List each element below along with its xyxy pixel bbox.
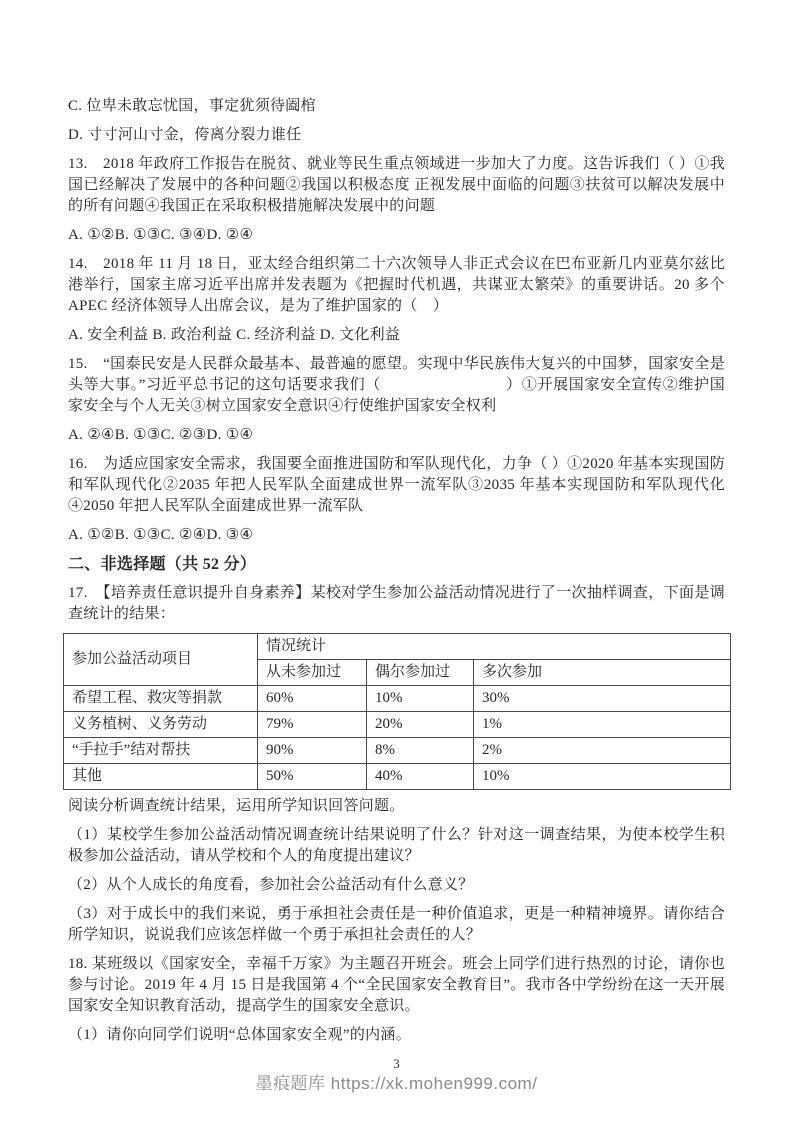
- question-15-options: A. ②④B. ①③C. ②③D. ①④: [68, 425, 725, 446]
- row-value: 1%: [474, 712, 731, 738]
- question-14-options: A. 安全利益 B. 政治利益 C. 经济利益 D. 文化利益: [68, 325, 725, 346]
- question-15-text: 15. “国泰民安是人民群众最基本、最普遍的愿望。实现中华民族伟大复兴的中国梦，…: [68, 354, 725, 417]
- question-14-text: 14. 2018 年 11 月 18 日，亚太经合组织第二十六次领导人非正式会议…: [68, 254, 725, 317]
- table-row: 希望工程、救灾等捐款 60% 10% 30%: [64, 686, 731, 712]
- table-header-row-1: 参加公益活动项目 情况统计: [64, 634, 731, 660]
- exam-page: C. 位卑未敢忘忧国，事定犹须待阖棺 D. 寸寸河山寸金，侉离分裂力谁任 13.…: [0, 0, 793, 1122]
- row-label: “手拉手”结对帮扶: [64, 738, 258, 764]
- row-value: 20%: [367, 712, 474, 738]
- row-label: 希望工程、救灾等捐款: [64, 686, 258, 712]
- question-17-text: 17. 【培养责任意识提升自身素养】某校对学生参加公益活动情况进行了一次抽样调查…: [68, 583, 725, 625]
- choice-c-line: C. 位卑未敢忘忧国，事定犹须待阖棺: [68, 96, 725, 117]
- question-17-sub2: （2）从个人成长的角度看，参加社会公益活动有什么意义？: [68, 875, 725, 896]
- question-13-text: 13. 2018 年政府工作报告在脱贫、就业等民生重点领域进一步加大了力度。这告…: [68, 154, 725, 217]
- table-row: “手拉手”结对帮扶 90% 8% 2%: [64, 738, 731, 764]
- question-17-sub1: （1）某校学生参加公益活动情况调查统计结果说明了什么？针对这一调查结果，为使本校…: [68, 825, 725, 867]
- question-18-text: 18. 某班级以《国家安全，幸福千万家》为主题召开班会。班会上同学们进行热烈的讨…: [68, 954, 725, 1017]
- row-value: 2%: [474, 738, 731, 764]
- watermark-site-link: 墨痕题库 https://xk.mohen999.com/: [0, 1069, 793, 1094]
- section-2-heading: 二、非选择题（共 52 分）: [68, 554, 725, 575]
- row-value: 50%: [258, 764, 367, 790]
- row-value: 30%: [474, 686, 731, 712]
- row-label: 义务植树、义务劳动: [64, 712, 258, 738]
- question-13-options: A. ①②B. ①③C. ③④D. ②④: [68, 225, 725, 246]
- row-value: 10%: [474, 764, 731, 790]
- question-18-sub1: （1）请你向同学们说明“总体国家安全观”的内涵。: [68, 1025, 725, 1046]
- row-value: 79%: [258, 712, 367, 738]
- table-header-occasionally: 偶尔参加过: [367, 660, 474, 686]
- question-17-sub3: （3）对于成长中的我们来说，勇于承担社会责任是一种价值追求，更是一种精神境界。请…: [68, 904, 725, 946]
- row-value: 60%: [258, 686, 367, 712]
- table-row: 其他 50% 40% 10%: [64, 764, 731, 790]
- row-label: 其他: [64, 764, 258, 790]
- choice-d-line: D. 寸寸河山寸金，侉离分裂力谁任: [68, 125, 725, 146]
- survey-table: 参加公益活动项目 情况统计 从未参加过 偶尔参加过 多次参加 希望工程、救灾等捐…: [63, 633, 731, 790]
- row-value: 40%: [367, 764, 474, 790]
- table-header-never: 从未参加过: [258, 660, 367, 686]
- exam-content: C. 位卑未敢忘忧国，事定犹须待阖棺 D. 寸寸河山寸金，侉离分裂力谁任 13.…: [68, 96, 725, 1054]
- table-header-stats-group: 情况统计: [258, 634, 731, 660]
- row-value: 90%: [258, 738, 367, 764]
- question-16-text: 16. 为适应国家安全需求，我国要全面推进国防和军队现代化，力争（ ）①2020…: [68, 454, 725, 517]
- question-16-options: A. ①②B. ①③C. ②④D. ③④: [68, 525, 725, 546]
- row-value: 10%: [367, 686, 474, 712]
- table-note: 阅读分析调查统计结果，运用所学知识回答问题。: [68, 796, 725, 817]
- table-header-activity: 参加公益活动项目: [64, 634, 258, 686]
- table-header-many-times: 多次参加: [474, 660, 731, 686]
- table-row: 义务植树、义务劳动 79% 20% 1%: [64, 712, 731, 738]
- row-value: 8%: [367, 738, 474, 764]
